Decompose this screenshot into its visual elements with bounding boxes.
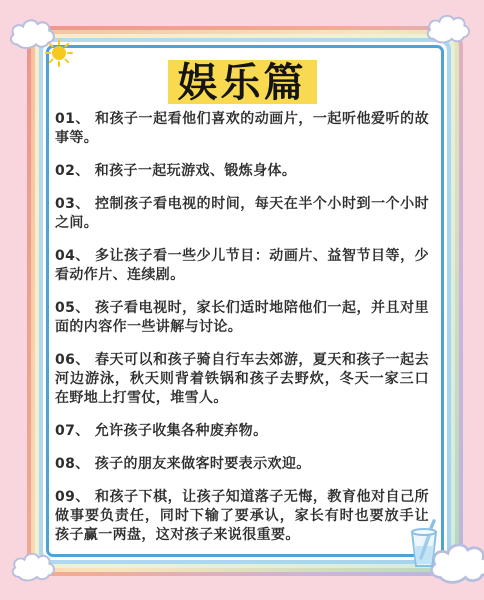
frame-white-gap: 娱乐篇 01、和孩子一起看他们喜欢的动画片，一起听他爱听的故事等。 02、和孩子… [43, 42, 447, 560]
list-item: 06、春天可以和孩子骑自行车去郊游，夏天和孩子一起去河边游泳，秋天则背着铁锅和孩… [55, 351, 429, 408]
item-number: 04、 [55, 248, 90, 264]
list-item: 05、孩子看电视时，家长们适时地陪他们一起，并且对里面的内容作一些讲解与讨论。 [55, 299, 429, 337]
item-number: 01、 [55, 111, 90, 127]
title-highlight: 娱乐篇 [168, 60, 317, 104]
frame-stripe-3: 娱乐篇 01、和孩子一起看他们喜欢的动画片，一起听他爱听的故事等。 02、和孩子… [35, 34, 455, 568]
frame-stripe-2: 娱乐篇 01、和孩子一起看他们喜欢的动画片，一起听他爱听的故事等。 02、和孩子… [31, 30, 459, 572]
item-text: 多让孩子看一些少儿节目：动画片、益智节目等，少看动作片、连续剧。 [55, 248, 429, 283]
page-title: 娱乐篇 [178, 60, 307, 106]
item-number: 03、 [55, 196, 90, 212]
item-number: 02、 [55, 163, 90, 179]
item-text: 春天可以和孩子骑自行车去郊游，夏天和孩子一起去河边游泳，秋天则背着铁锅和孩子去野… [55, 352, 429, 406]
item-number: 08、 [55, 456, 90, 472]
rainbow-frame: 娱乐篇 01、和孩子一起看他们喜欢的动画片，一起听他爱听的故事等。 02、和孩子… [27, 26, 463, 576]
item-number: 06、 [55, 352, 90, 368]
tips-list: 01、和孩子一起看他们喜欢的动画片，一起听他爱听的故事等。 02、和孩子一起玩游… [55, 110, 429, 545]
item-number: 07、 [55, 423, 90, 439]
item-text: 和孩子一起看他们喜欢的动画片，一起听他爱听的故事等。 [55, 111, 429, 146]
list-item: 04、多让孩子看一些少儿节目：动画片、益智节目等，少看动作片、连续剧。 [55, 247, 429, 285]
item-text: 和孩子下棋，让孩子知道落子无悔，教育他对自己所做事要负责任，同时下输了要承认，家… [55, 489, 429, 543]
poster: 娱乐篇 01、和孩子一起看他们喜欢的动画片，一起听他爱听的故事等。 02、和孩子… [0, 0, 484, 600]
cloud-icon [8, 549, 58, 583]
item-number: 09、 [55, 489, 90, 505]
item-text: 允许孩子收集各种废弃物。 [95, 423, 268, 439]
sun-icon [44, 38, 74, 68]
list-item: 09、和孩子下棋，让孩子知道落子无悔，教育他对自己所做事要负责任，同时下输了要承… [55, 488, 429, 545]
list-item: 03、控制孩子看电视的时间，每天在半个小时到一个小时之间。 [55, 195, 429, 233]
list-item: 07、允许孩子收集各种废弃物。 [55, 422, 429, 441]
title-section: 娱乐篇 [55, 60, 429, 104]
frame-stripe-4: 娱乐篇 01、和孩子一起看他们喜欢的动画片，一起听他爱听的故事等。 02、和孩子… [39, 38, 451, 564]
list-item: 02、和孩子一起玩游戏、锻炼身体。 [55, 162, 429, 181]
item-text: 控制孩子看电视的时间，每天在半个小时到一个小时之间。 [55, 196, 429, 231]
list-item: 01、和孩子一起看他们喜欢的动画片，一起听他爱听的故事等。 [55, 110, 429, 148]
drink-cup-icon [406, 516, 442, 570]
content-card: 娱乐篇 01、和孩子一起看他们喜欢的动画片，一起听他爱听的故事等。 02、和孩子… [46, 45, 444, 557]
item-text: 孩子看电视时，家长们适时地陪他们一起，并且对里面的内容作一些讲解与讨论。 [55, 300, 429, 335]
cloud-icon [423, 11, 473, 45]
list-item: 08、孩子的朋友来做客时要表示欢迎。 [55, 455, 429, 474]
item-text: 孩子的朋友来做客时要表示欢迎。 [95, 456, 311, 472]
item-text: 和孩子一起玩游戏、锻炼身体。 [95, 163, 297, 179]
item-number: 05、 [55, 300, 90, 316]
